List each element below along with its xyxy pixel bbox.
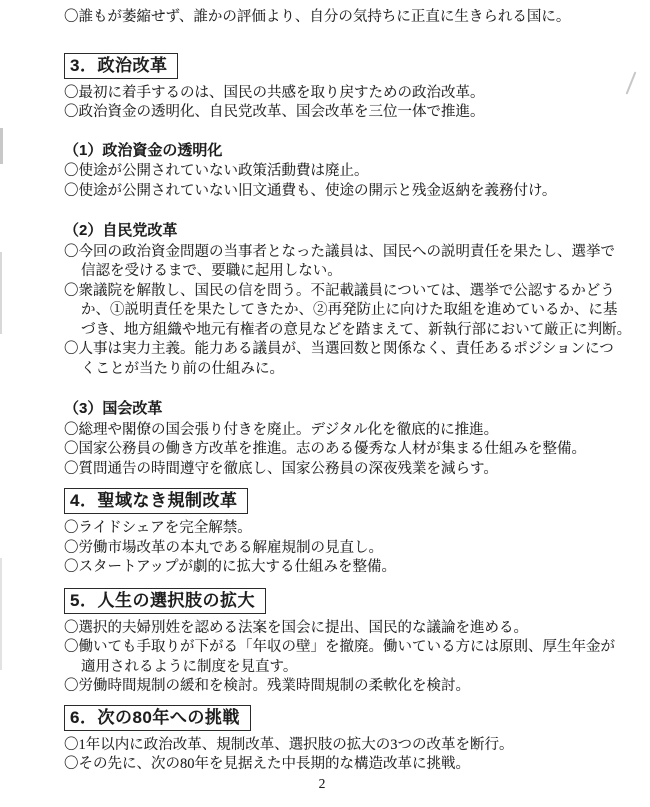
subsection-3-2-title: （2）自民党改革 [64, 221, 644, 241]
section-5-heading-box: 5．人生の選択肢の拡大 [64, 588, 266, 614]
bullet-line: 〇質問通告の時間遵守を徹底し、国家公務員の深夜残業を減らす。 [64, 460, 644, 480]
section-6-bullets: 〇1年以内に政治改革、規制改革、選択肢の拡大の3つの改革を断行。 〇その先に、次… [64, 736, 644, 775]
bullet-line: 〇総理や閣僚の国会張り付きを廃止。デジタル化を徹底的に推進。 [64, 421, 644, 441]
bullet-line: 〇国家公務員の働き方改革を推進。志のある優秀な人材が集まる仕組みを整備。 [64, 440, 644, 460]
section-4-bullets: 〇ライドシェアを完全解禁。 〇労働市場改革の本丸である解雇規制の見直し。 〇スタ… [64, 519, 644, 578]
bullet-line: 〇政治資金の透明化、自民党改革、国会改革を三位一体で推進。 [64, 103, 644, 123]
bullet-line: 〇1年以内に政治改革、規制改革、選択肢の拡大の3つの改革を断行。 [64, 736, 644, 756]
document-content: 〇誰もが萎縮せず、誰かの評価より、自分の気持ちに正直に生きられる国に。 3．政治… [0, 0, 650, 775]
scanned-document-page: 〇誰もが萎縮せず、誰かの評価より、自分の気持ちに正直に生きられる国に。 3．政治… [0, 0, 650, 807]
section-6-heading-box: 6．次の80年への挑戦 [64, 705, 251, 731]
section-5-bullets: 〇選択的夫婦別姓を認める法案を国会に提出、国民的な議論を進める。 〇働いても手取… [64, 619, 644, 697]
subsection-3-3-bullets: 〇総理や閣僚の国会張り付きを廃止。デジタル化を徹底的に推進。 〇国家公務員の働き… [64, 421, 644, 480]
section-3-heading-box: 3．政治改革 [64, 53, 178, 79]
bullet-line: 〇最初に着手するのは、国民の共感を取り戻すための政治改革。 [64, 84, 644, 104]
bullet-line: 〇スタートアップが劇的に拡大する仕組みを整備。 [64, 558, 644, 578]
bullet-line: 〇使途が公開されていない政策活動費は廃止。 [64, 162, 644, 182]
bullet-line: 〇今回の政治資金問題の当事者となった議員は、国民への説明責任を果たし、選挙で 信… [64, 243, 644, 282]
page-number: 2 [0, 775, 650, 793]
bullet-line: 〇衆議院を解散し、国民の信を問う。不記載議員については、選挙で公認するかどう か… [64, 282, 644, 341]
bullet-line: 〇使途が公開されていない旧文通費も、使途の開示と残金返納を義務付け。 [64, 182, 644, 202]
bullet-line: 〇選択的夫婦別姓を認める法案を国会に提出、国民的な議論を進める。 [64, 619, 644, 639]
subsection-3-1-bullets: 〇使途が公開されていない政策活動費は廃止。 〇使途が公開されていない旧文通費も、… [64, 162, 644, 201]
subsection-3-3-title: （3）国会改革 [64, 399, 644, 419]
intro-bullet-line: 〇誰もが萎縮せず、誰かの評価より、自分の気持ちに正直に生きられる国に。 [64, 8, 644, 28]
section-4-heading-box: 4．聖域なき規制改革 [64, 488, 248, 514]
bullet-line: 〇労働市場改革の本丸である解雇規制の見直し。 [64, 539, 644, 559]
bullet-line: 〇働いても手取りが下がる「年収の壁」を撤廃。働いている方には原則、厚生年金が 適… [64, 638, 644, 677]
bullet-line: 〇ライドシェアを完全解禁。 [64, 519, 644, 539]
bullet-line: 〇その先に、次の80年を見据えた中長期的な構造改革に挑戦。 [64, 755, 644, 775]
subsection-3-2-bullets: 〇今回の政治資金問題の当事者となった議員は、国民への説明責任を果たし、選挙で 信… [64, 243, 644, 380]
bullet-line: 〇人事は実力主義。能力ある議員が、当選回数と関係なく、責任あるポジションにつ く… [64, 340, 644, 379]
subsection-3-1-title: （1）政治資金の透明化 [64, 141, 644, 161]
bullet-line: 〇労働時間規制の緩和を検討。残業時間規制の柔軟化を検討。 [64, 677, 644, 697]
section-3-bullets: 〇最初に着手するのは、国民の共感を取り戻すための政治改革。 〇政治資金の透明化、… [64, 84, 644, 123]
